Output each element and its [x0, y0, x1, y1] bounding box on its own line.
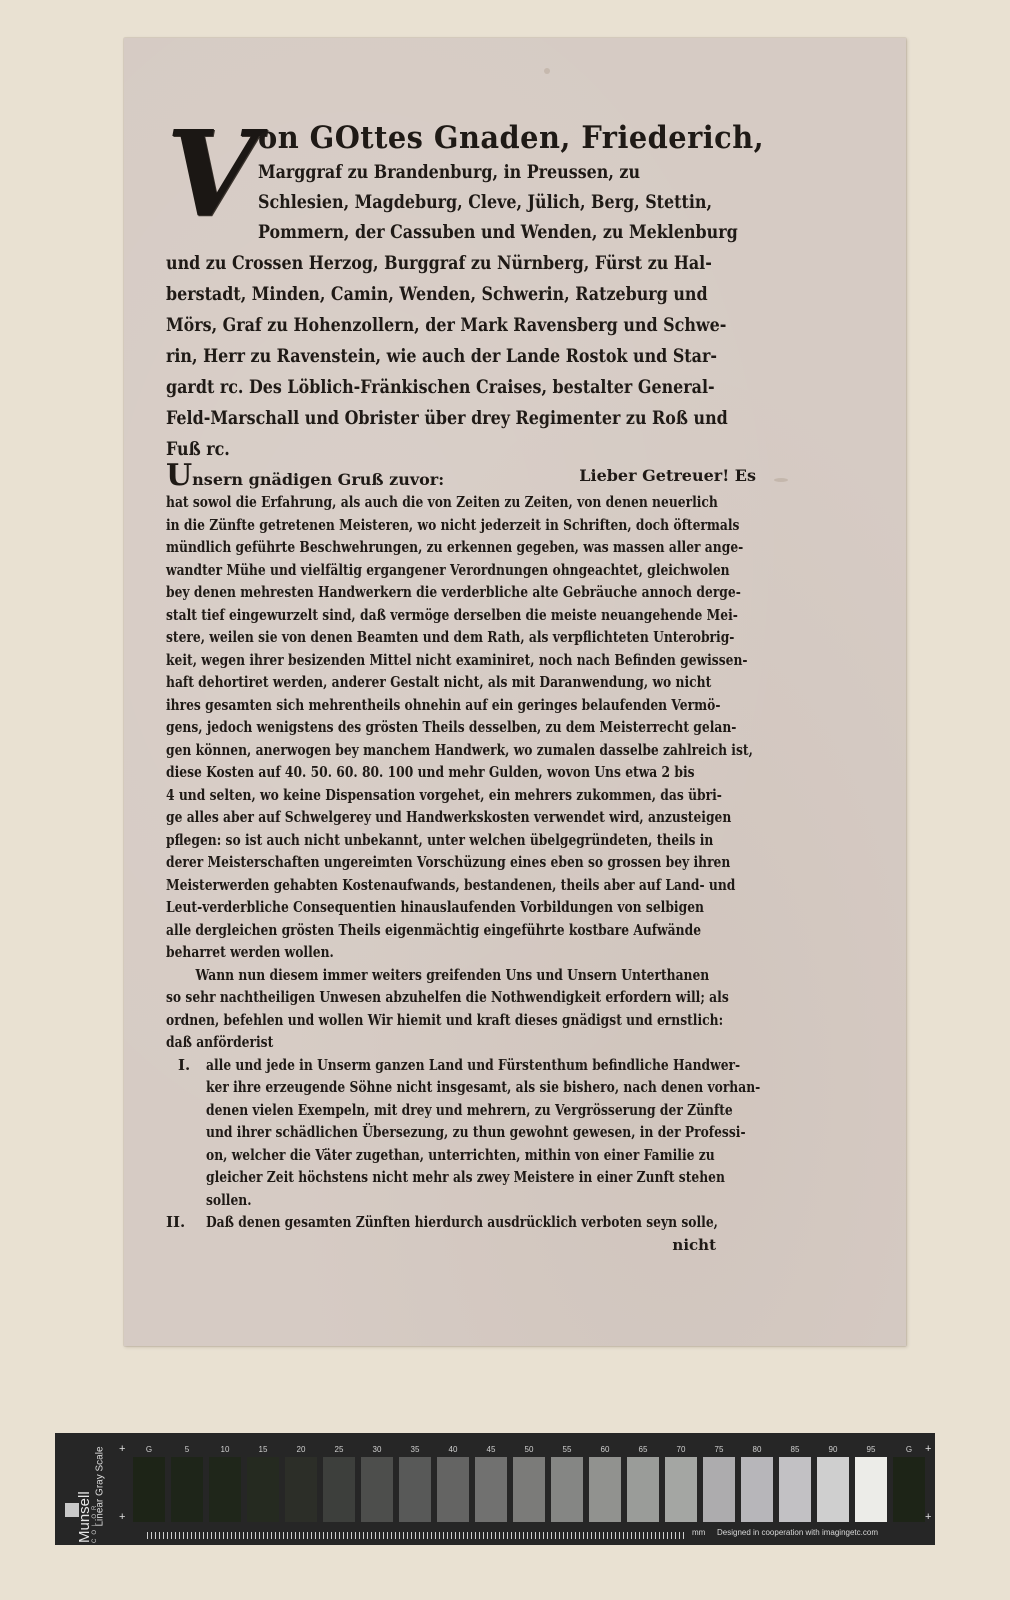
body-line: ker ihre erzeugende Söhne nicht insgesam… [206, 1076, 760, 1099]
mm-ruler [147, 1527, 687, 1539]
body-line: beharret werden wollen. [166, 941, 650, 964]
patch: 25 [323, 1443, 355, 1522]
list-number: II. [166, 1211, 206, 1234]
body-line: gleicher Zeit höchstens nicht mehr als z… [206, 1166, 760, 1189]
heading-line: Feld-Marschall und Obrister über drey Re… [166, 403, 673, 434]
body-line: gen können, anerwogen bey manchem Handwe… [166, 739, 650, 762]
swatch [399, 1457, 431, 1522]
body-line: Meisterwerden gehabten Kostenaufwands, b… [166, 874, 650, 897]
paper-spot [544, 68, 550, 74]
body-line: wandter Mühe und vielfältig ergangener V… [166, 559, 650, 582]
body-line: sollen. [206, 1189, 760, 1212]
heading-line: berstadt, Minden, Camin, Wenden, Schweri… [166, 279, 673, 310]
patch: 40 [437, 1443, 469, 1522]
patch: 90 [817, 1443, 849, 1522]
patch: 75 [703, 1443, 735, 1522]
body-line: bey denen mehresten Handwerkern die verd… [166, 581, 650, 604]
body-line: derer Meisterschaften ungereimten Vorsch… [166, 851, 650, 874]
heading-line: und zu Crossen Herzog, Burggraf zu Nürnb… [166, 248, 673, 279]
title-line: on GOttes Gnaden, Friederich, [258, 118, 777, 158]
patch: 65 [627, 1443, 659, 1522]
munsell-gray-scale-card: Munsell COLOR Linear Gray Scale + + + + … [55, 1433, 935, 1545]
patch: 60 [589, 1443, 621, 1522]
body-line: hat sowol die Erfahrung, als auch die vo… [166, 491, 650, 514]
document-page: V on GOttes Gnaden, Friederich, Marggraf… [124, 38, 906, 1346]
list-item-1: I. alle und jede in Unserm ganzen Land u… [166, 1054, 756, 1212]
swatch [437, 1457, 469, 1522]
body-line: daß anförderist [166, 1031, 650, 1054]
body-line: gens, jedoch wenigstens des grösten Thei… [166, 716, 650, 739]
swatch [513, 1457, 545, 1522]
swatch [589, 1457, 621, 1522]
gray-patches: G 5 10 15 20 25 30 35 40 45 50 55 60 65 … [133, 1443, 925, 1522]
title-block: V on GOttes Gnaden, Friederich, Marggraf… [166, 118, 756, 248]
swatch [475, 1457, 507, 1522]
body-line: in die Zünfte getretenen Meisteren, wo n… [166, 514, 650, 537]
body-line: 4 und selten, wo keine Dispensation vorg… [166, 784, 650, 807]
swatch [893, 1457, 925, 1522]
swatch [817, 1457, 849, 1522]
swatch [171, 1457, 203, 1522]
scale-title: Linear Gray Scale [90, 1433, 106, 1545]
title-line: Pommern, der Cassuben und Wenden, zu Mek… [258, 218, 738, 248]
patch: 55 [551, 1443, 583, 1522]
body-line: ge alles aber auf Schwelgerey und Handwe… [166, 806, 650, 829]
patch: 30 [361, 1443, 393, 1522]
swatch [361, 1457, 393, 1522]
paragraph-2: Wann nun diesem immer weiters greifenden… [166, 964, 756, 1054]
heading-line: Mörs, Graf zu Hohenzollern, der Mark Rav… [166, 310, 673, 341]
list-number: I. [166, 1054, 206, 1212]
greeting: Unsern gnädigen Gruß zuvor: Lieber Getre… [166, 465, 756, 491]
body-line: stere, weilen sie von denen Beamten und … [166, 626, 650, 649]
swatch [323, 1457, 355, 1522]
body-line: stalt tief eingewurzelt sind, daß vermög… [166, 604, 650, 627]
swatch [285, 1457, 317, 1522]
swatch [247, 1457, 279, 1522]
registration-mark-icon: + [925, 1511, 931, 1523]
body-line: alle dergleichen grösten Theils eigenmäc… [166, 919, 650, 942]
patch: 50 [513, 1443, 545, 1522]
body-line: on, welcher die Väter zugethan, unterric… [206, 1144, 760, 1167]
patch: 10 [209, 1443, 241, 1522]
paragraph-1: hat sowol die Erfahrung, als auch die vo… [166, 491, 756, 964]
patch: G [133, 1443, 165, 1522]
paper-spot [774, 478, 788, 482]
catchword: nicht [166, 1234, 756, 1257]
swatch [779, 1457, 811, 1522]
heading-block: und zu Crossen Herzog, Burggraf zu Nürnb… [166, 248, 756, 465]
body-line: Daß denen gesamten Zünften hierdurch aus… [206, 1211, 718, 1234]
swatch [627, 1457, 659, 1522]
swatch [665, 1457, 697, 1522]
decorated-initial: V [166, 118, 258, 236]
patch: 95 [855, 1443, 887, 1522]
swatch [209, 1457, 241, 1522]
swatch [741, 1457, 773, 1522]
body-line: haft dehortiret werden, anderer Gestalt … [166, 671, 650, 694]
patch: 15 [247, 1443, 279, 1522]
patch: 45 [475, 1443, 507, 1522]
body-line: und ihrer schädlichen Übersezung, zu thu… [206, 1121, 760, 1144]
heading-line: Fuß rc. [166, 434, 673, 465]
body-line: keit, wegen ihrer besizenden Mittel nich… [166, 649, 650, 672]
patch: G [893, 1443, 925, 1522]
swatch [855, 1457, 887, 1522]
heading-line: rin, Herr zu Ravenstein, wie auch der La… [166, 341, 673, 372]
greeting-right: Lieber Getreuer! Es [579, 465, 756, 491]
patch: 20 [285, 1443, 317, 1522]
body-line: denen vielen Exempeln, mit drey und mehr… [206, 1099, 760, 1122]
title-line: Marggraf zu Brandenburg, in Preussen, zu [258, 158, 738, 188]
greeting-left: Unsern gnädigen Gruß zuvor: [166, 465, 444, 491]
scale-title-text: Linear Gray Scale [95, 1437, 106, 1537]
registration-mark-icon: + [119, 1511, 125, 1523]
body-line: pflegen: so ist auch nicht unbekannt, un… [166, 829, 650, 852]
heading-line: gardt rc. Des Löblich-Fränkischen Craise… [166, 372, 673, 403]
patch: 5 [171, 1443, 203, 1522]
body-line: alle und jede in Unserm ganzen Land und … [206, 1054, 760, 1077]
patch: 80 [741, 1443, 773, 1522]
registration-mark-icon: + [925, 1443, 931, 1455]
list-item-2: II. Daß denen gesamten Zünften hierdurch… [166, 1211, 756, 1234]
swatch [551, 1457, 583, 1522]
body-line: diese Kosten auf 40. 50. 60. 80. 100 und… [166, 761, 650, 784]
body-line: ihres gesamten sich mehrentheils ohnehin… [166, 694, 650, 717]
ruler-unit: mm [692, 1528, 705, 1537]
body-line: mündlich geführte Beschwehrungen, zu erk… [166, 536, 650, 559]
registration-mark-icon: + [119, 1443, 125, 1455]
title-line: Schlesien, Magdeburg, Cleve, Jülich, Ber… [258, 188, 738, 218]
patch: 85 [779, 1443, 811, 1522]
body-line: Leut-verderbliche Consequentien hinausla… [166, 896, 650, 919]
body-line: Wann nun diesem immer weiters greifenden… [166, 964, 650, 987]
credit-text: Designed in cooperation with imagingetc.… [717, 1528, 878, 1537]
swatch [133, 1457, 165, 1522]
swatch [703, 1457, 735, 1522]
patch: 35 [399, 1443, 431, 1522]
document-text: V on GOttes Gnaden, Friederich, Marggraf… [166, 118, 756, 1256]
patch: 70 [665, 1443, 697, 1522]
body-line: so sehr nachtheiligen Unwesen abzuhelfen… [166, 986, 650, 1009]
body-line: ordnen, befehlen und wollen Wir hiemit u… [166, 1009, 650, 1032]
